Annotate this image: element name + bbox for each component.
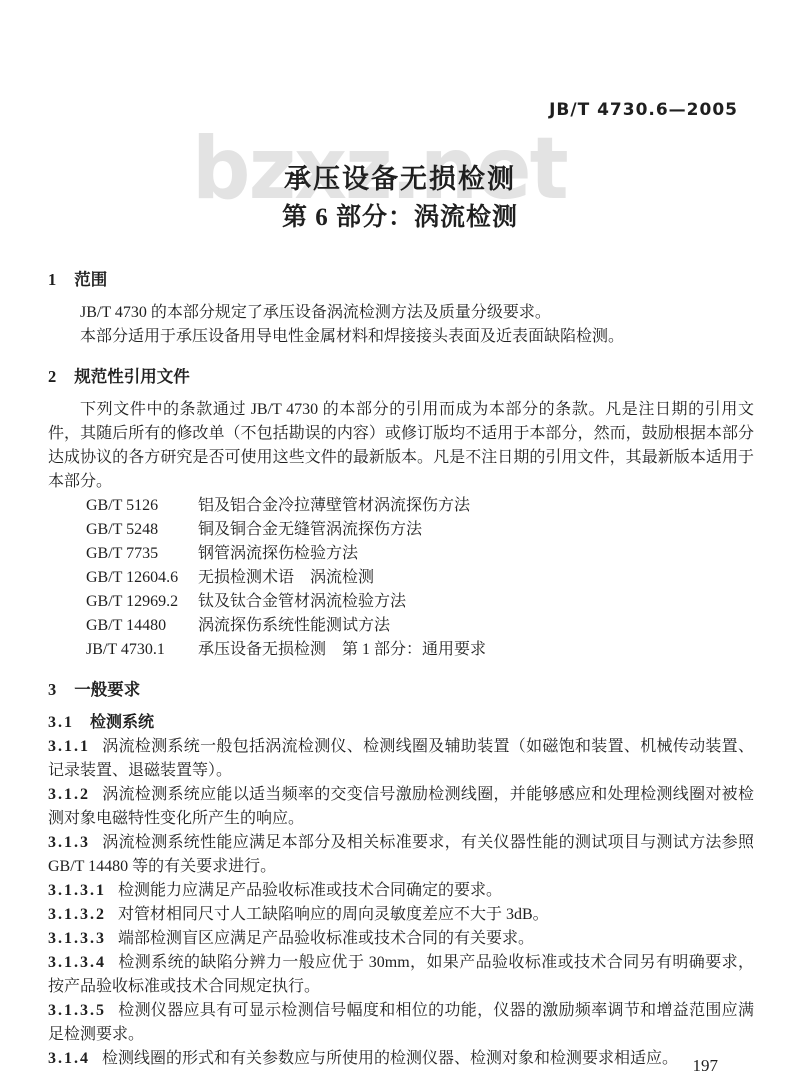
clause-3.1.4: 3.1.4检测线圈的形式和有关参数应与所使用的检测仪器、检测对象和检测要求相适应…: [48, 1047, 754, 1071]
section-heading-text: 检测系统: [90, 714, 154, 731]
document-body: 1范围JB/T 4730 的本部分规定了承压设备涡流检测方法及质量分级要求。本部…: [0, 234, 800, 1071]
reference-code: GB/T 12604.6: [86, 566, 198, 590]
reference-item: GB/T 12969.2钛及钛合金管材涡流检验方法: [48, 590, 754, 614]
section-heading-3: 3一般要求: [48, 678, 754, 702]
clause-number: 3.1.3.3: [48, 930, 106, 947]
reference-item: GB/T 12604.6无损检测术语 涡流检测: [48, 566, 754, 590]
section-heading-3.1: 3.1检测系统: [48, 711, 754, 735]
reference-item: JB/T 4730.1承压设备无损检测 第 1 部分：通用要求: [48, 638, 754, 662]
document-title-line1: 承压设备无损检测: [0, 162, 800, 196]
section-number: 2: [48, 367, 58, 386]
reference-title: 涡流探伤系统性能测试方法: [198, 617, 390, 634]
reference-item: GB/T 5248铜及铜合金无缝管涡流探伤方法: [48, 518, 754, 542]
section-number: 3.1: [48, 714, 74, 731]
clause-3.1.3.2: 3.1.3.2对管材相同尺寸人工缺陷响应的周向灵敏度差应不大于 3dB。: [48, 903, 754, 927]
reference-code: JB/T 4730.1: [86, 638, 198, 662]
reference-code: GB/T 7735: [86, 542, 198, 566]
reference-code: GB/T 12969.2: [86, 590, 198, 614]
document-page: bzxz.net JB/T 4730.6—2005 承压设备无损检测 第 6 部…: [0, 0, 800, 1090]
reference-item: GB/T 7735钢管涡流探伤检验方法: [48, 542, 754, 566]
clause-3.1.3: 3.1.3涡流检测系统性能应满足本部分及相关标准要求，有关仪器性能的测试项目与测…: [48, 831, 754, 879]
section-heading-text: 范围: [74, 270, 107, 289]
clause-number: 3.1.4: [48, 1050, 90, 1067]
clause-3.1.3.5: 3.1.3.5检测仪器应具有可显示检测信号幅度和相位的功能，仪器的激励频率调节和…: [48, 999, 754, 1047]
section-number: 1: [48, 270, 58, 289]
clause-3.1.3.4: 3.1.3.4检测系统的缺陷分辨力一般应优于 30mm，如果产品验收标准或技术合…: [48, 951, 754, 999]
clause-number: 3.1.1: [48, 738, 90, 755]
clause-number: 3.1.3.5: [48, 1002, 106, 1019]
clause-number: 3.1.3.2: [48, 906, 106, 923]
clause-number: 3.1.3.1: [48, 882, 106, 899]
standard-code: JB/T 4730.6—2005: [0, 0, 800, 120]
clause-number: 3.1.3: [48, 834, 90, 851]
reference-title: 无损检测术语 涡流检测: [198, 569, 374, 586]
reference-title: 钢管涡流探伤检验方法: [198, 545, 358, 562]
section-heading-1: 1范围: [48, 268, 754, 292]
reference-title: 承压设备无损检测 第 1 部分：通用要求: [198, 641, 486, 658]
reference-code: GB/T 5248: [86, 518, 198, 542]
clause-number: 3.1.3.4: [48, 954, 106, 971]
clause-3.1.3.1: 3.1.3.1检测能力应满足产品验收标准或技术合同确定的要求。: [48, 879, 754, 903]
clause-3.1.1: 3.1.1涡流检测系统一般包括涡流检测仪、检测线圈及辅助装置（如磁饱和装置、机械…: [48, 735, 754, 783]
reference-item: GB/T 14480涡流探伤系统性能测试方法: [48, 614, 754, 638]
reference-title: 钛及钛合金管材涡流检验方法: [198, 593, 406, 610]
section-number: 3: [48, 680, 58, 699]
paragraph: 本部分适用于承压设备用导电性金属材料和焊接接头表面及近表面缺陷检测。: [48, 325, 754, 349]
reference-title: 铜及铜合金无缝管涡流探伤方法: [198, 521, 422, 538]
reference-item: GB/T 5126铝及铝合金冷拉薄壁管材涡流探伤方法: [48, 494, 754, 518]
page-number: 197: [693, 1056, 719, 1076]
paragraph: JB/T 4730 的本部分规定了承压设备涡流检测方法及质量分级要求。: [48, 301, 754, 325]
document-title-line2: 第 6 部分：涡流检测: [0, 202, 800, 234]
clause-number: 3.1.2: [48, 786, 90, 803]
reference-title: 铝及铝合金冷拉薄壁管材涡流探伤方法: [198, 497, 470, 514]
reference-code: GB/T 5126: [86, 494, 198, 518]
clause-3.1.2: 3.1.2涡流检测系统应能以适当频率的交变信号激励检测线圈，并能够感应和处理检测…: [48, 783, 754, 831]
section-heading-2: 2规范性引用文件: [48, 365, 754, 389]
section-heading-text: 一般要求: [74, 680, 140, 699]
paragraph: 下列文件中的条款通过 JB/T 4730 的本部分的引用而成为本部分的条款。凡是…: [48, 398, 754, 494]
section-heading-text: 规范性引用文件: [74, 367, 190, 386]
reference-code: GB/T 14480: [86, 614, 198, 638]
clause-3.1.3.3: 3.1.3.3端部检测盲区应满足产品验收标准或技术合同的有关要求。: [48, 927, 754, 951]
